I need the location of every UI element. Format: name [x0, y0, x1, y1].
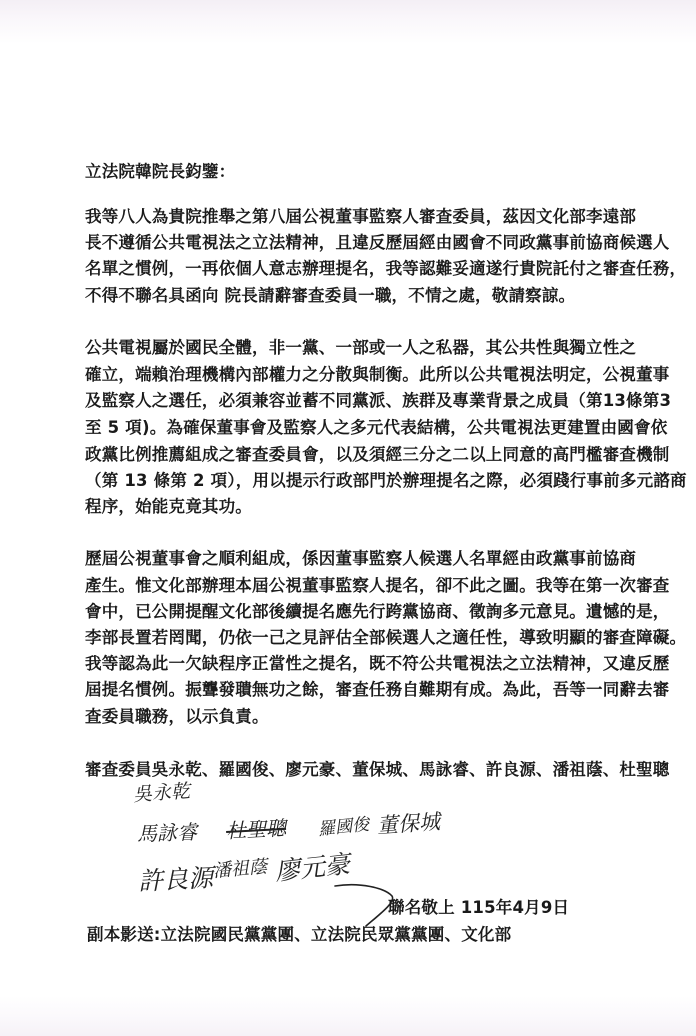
paragraph-line: 政黨比例推薦組成之審查委員會，以及須經三分之二以上同意的高門檻審查機制: [85, 442, 670, 468]
paragraph-line: 名單之慣例，一再依個人意志辦理提名，我等認難妥適遂行貴院託付之審查任務，: [85, 256, 686, 282]
signature: 羅國俊: [317, 810, 370, 840]
signature: 董保城: [376, 806, 441, 840]
paragraph-line: 至 5 項)。為確保董事會及監察人之多元代表結構，公共電視法更建置由國會依: [85, 415, 667, 441]
signature: 許良源: [137, 858, 214, 898]
signature: 潘祖蔭: [212, 852, 268, 883]
scan-top-edge: [0, 0, 696, 44]
paragraph-line: 我等八人為貴院推舉之第八屆公視董事監察人審查委員，茲因文化部李遠部: [85, 204, 636, 230]
paragraph-line: 確立，端賴治理機構內部權力之分散與制衡。此所以公共電視法明定，公視董事: [85, 362, 670, 388]
salutation: 立法院韓院長鈞鑒：: [85, 159, 235, 185]
signature: 杜聖聰: [225, 812, 286, 844]
paragraph-line: 程序，始能克竟其功。: [85, 494, 252, 520]
paragraph-line: 公共電視屬於國民全體，非一黨、一部或一人之私器，其公共性與獨立性之: [85, 335, 636, 361]
signature: 吳永乾: [132, 776, 191, 807]
closing-date: 聯名敬上 115年4月9日: [388, 895, 569, 921]
paragraph-line: 歷屆公視董事會之順利組成，係因董事監察人候選人名單經由政黨事前協商: [85, 546, 636, 572]
scan-bottom-edge: [0, 996, 696, 1036]
paragraph-line: 不得不聯名具函向 院長請辭審查委員一職，不情之處，敬請察諒。: [85, 283, 575, 309]
paragraph-line: 李部長置若罔聞，仍依一己之見評估全部候選人之適任性，導致明顯的審查障礙。: [85, 625, 686, 651]
signature: 馬詠睿: [136, 816, 197, 847]
paragraph-line: 長不遵循公共電視法之立法精神，且違反歷屆經由國會不同政黨事前協商候選人: [85, 230, 670, 256]
paragraph-line: 會中，已公開提醒文化部後續提名應先行跨黨協商、徵詢多元意見。遺憾的是，: [85, 599, 670, 625]
paragraph-line: （第 13 條第 2 項），用以提示行政部門於辦理提名之際，必須踐行事前多元諮商: [85, 468, 687, 494]
paragraph-line: 及監察人之選任，必須兼容並蓄不同黨派、族群及專業背景之成員（第13條第3: [85, 388, 671, 414]
paragraph-line: 查委員職務，以示負責。: [85, 704, 269, 730]
paragraph-line: 我等認為此一欠缺程序正當性之提名，既不符公共電視法之立法精神，又違反歷: [85, 651, 670, 677]
paragraph-line: 屆提名慣例。振聾發聵無功之餘，審查任務自難期有成。為此，吾等一同辭去審: [85, 677, 670, 703]
paragraph-line: 產生。惟文化部辦理本屆公視董事監察人提名，卻不此之圖。我等在第一次審查: [85, 573, 670, 599]
cc-line: 副本影送:立法院國民黨黨團、立法院民眾黨黨團、文化部: [87, 922, 511, 948]
